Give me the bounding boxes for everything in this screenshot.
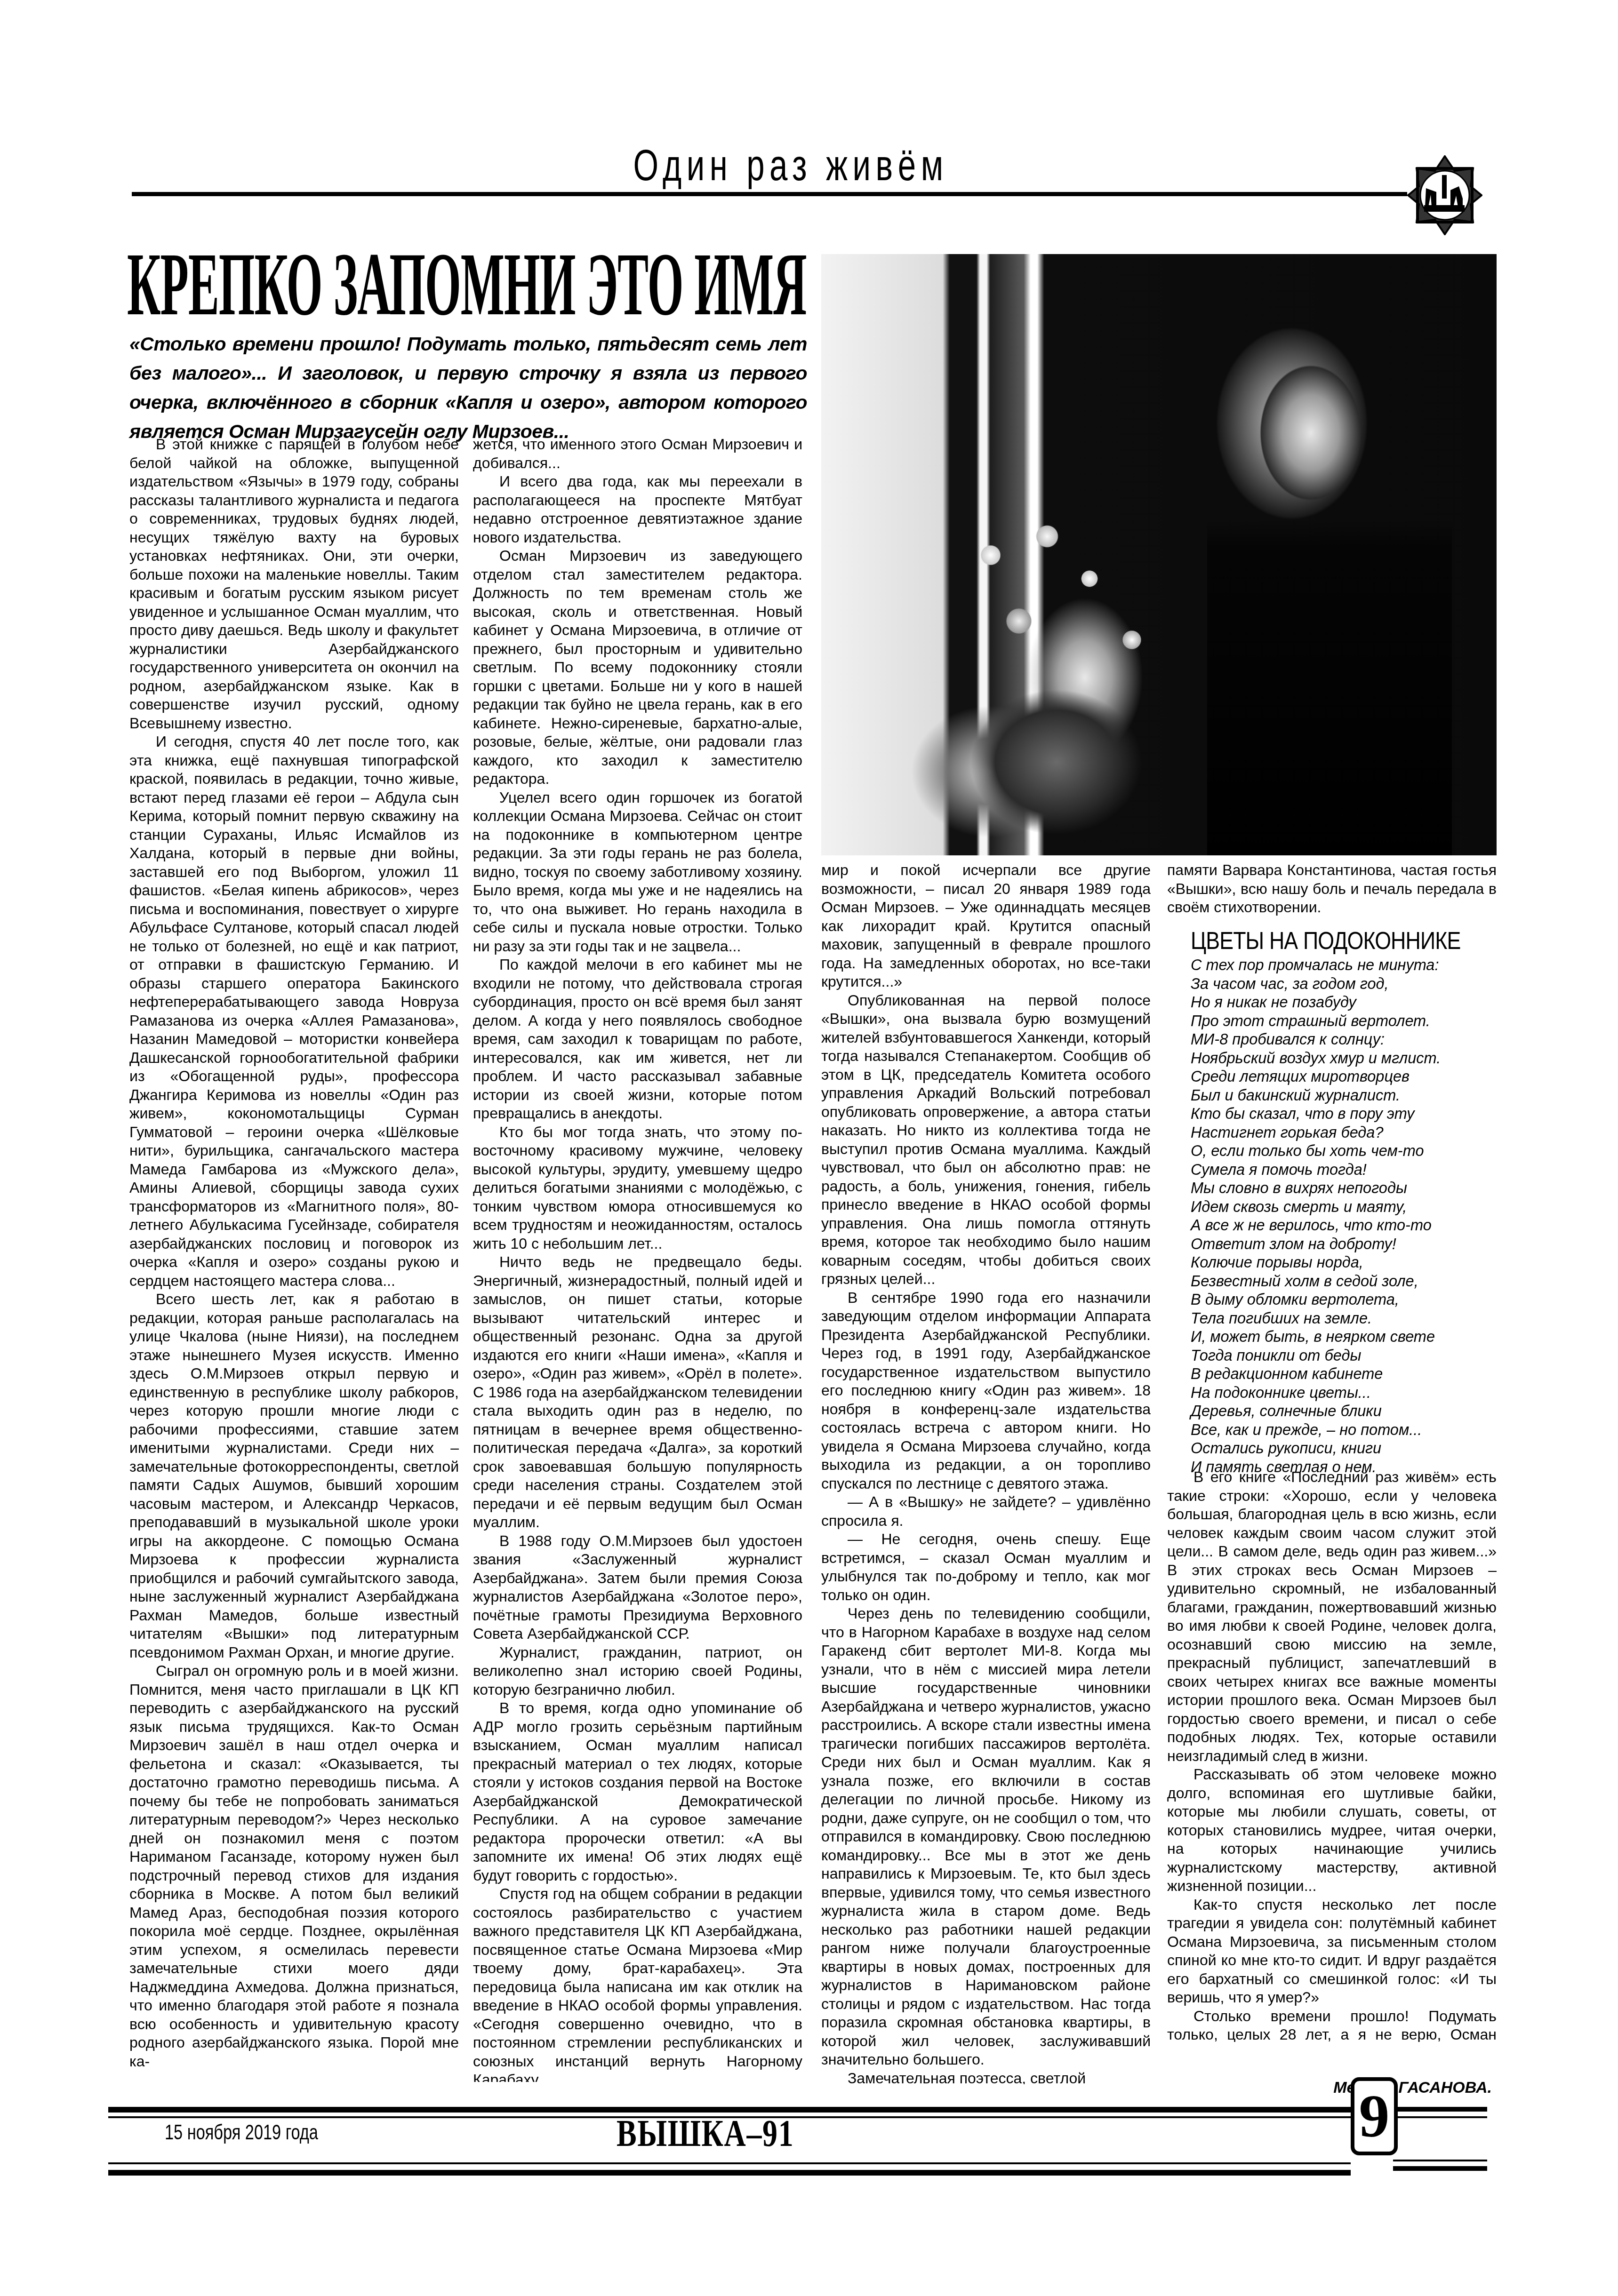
paragraph: Рассказывать об этом человеке можно долг… xyxy=(1167,1765,1497,1896)
poem-line: В дыму обломки вертолета, xyxy=(1191,1291,1492,1309)
paragraph: Как-то спустя несколько лет после трагед… xyxy=(1167,1896,1497,2007)
poem-line: С тех пор промчалась не минута: xyxy=(1191,956,1492,975)
footer-rule-right-bottom-thick xyxy=(1393,2166,1487,2171)
poem-line: Среди летящих миротворцев xyxy=(1191,1068,1492,1086)
footer-rule-right-thick xyxy=(1393,2107,1487,2112)
section-rubric: Один раз живём xyxy=(614,141,967,191)
article-column-4-intro: памяти Варвара Константинова, частая гос… xyxy=(1167,861,1497,917)
poem-line: Был и бакинский журналист. xyxy=(1191,1086,1492,1105)
paragraph: мир и покой исчерпали все другие возможн… xyxy=(821,861,1151,991)
poem-line: Мы словно в вихрях непогоды xyxy=(1191,1179,1492,1198)
article-column-4: В его книге «Последний раз живём» есть т… xyxy=(1167,1468,1497,2042)
paragraph: В этой книжке с парящей в голубом небе б… xyxy=(129,435,459,733)
paragraph: Кто бы мог тогда знать, что этому по-вос… xyxy=(473,1123,802,1253)
paragraph: Уцелел всего один горшочек из богатой ко… xyxy=(473,789,802,956)
paragraph: — А в «Вышку» не зайдете? – удивлённо сп… xyxy=(821,1493,1151,1530)
paragraph: Сыграл он огромную роль и в моей жизни. … xyxy=(129,1662,459,2071)
photo-flowers xyxy=(934,499,1198,847)
paragraph: Замечательная поэтесса, светлой xyxy=(821,2069,1151,2085)
article-column-3: мир и покой исчерпали все другие возможн… xyxy=(821,861,1151,2084)
footer-rule-top-thick xyxy=(108,2107,1351,2113)
poem-title: ЦВЕТЫ НА ПОДОКОННИКЕ xyxy=(1191,928,1450,954)
article-column-2: жется, что именного этого Осман Мирзоеви… xyxy=(473,435,802,2082)
footer-rule-right-thin xyxy=(1393,2116,1487,2118)
newspaper-masthead: ВЫШКА–91 xyxy=(617,2113,794,2155)
poem-line: Настигнет горькая беда? xyxy=(1191,1124,1492,1142)
page-number: 9 xyxy=(1351,2077,1398,2155)
poem-line: На подоконнике цветы... xyxy=(1191,1384,1492,1403)
footer-rule-bottom-thick xyxy=(108,2170,1351,2176)
poem-line: Сумела я помочь тогда! xyxy=(1191,1161,1492,1180)
paragraph: Журналист, гражданин, патриот, он велико… xyxy=(473,1643,802,1699)
poem-line: Все, как и прежде, – но потом... xyxy=(1191,1421,1492,1440)
poem-line: О, если только бы хоть чем-то xyxy=(1191,1142,1492,1161)
poem-line: МИ-8 пробивался к солнцу: xyxy=(1191,1030,1492,1049)
paragraph: Опубликованная на первой полосе «Вышки»,… xyxy=(821,991,1151,1289)
footer-rule-right-bottom-thin xyxy=(1393,2160,1487,2161)
paragraph: Спустя год на общем собрании в редакции … xyxy=(473,1885,802,2082)
author-signature: Медина ГАСАНОВА. xyxy=(1167,2079,1492,2097)
poem-line: Про этот страшный вертолет. xyxy=(1191,1012,1492,1031)
poem-line: А все ж не верилось, что кто-то xyxy=(1191,1216,1492,1235)
paragraph: В сентябре 1990 года его назначили завед… xyxy=(821,1289,1151,1493)
paragraph: Столько времени прошло! Подумать только,… xyxy=(1167,2007,1497,2042)
article-photo xyxy=(821,254,1497,855)
paragraph: Ничто ведь не предвещало беды. Энергичны… xyxy=(473,1253,802,1532)
paragraph: Осман Мирзоевич из заведующего отделом с… xyxy=(473,547,802,789)
poem-line: Безвестный холм в седой золе, xyxy=(1191,1272,1492,1291)
header-rule xyxy=(132,192,1407,196)
poem-line: Тела погибших на земле. xyxy=(1191,1309,1492,1328)
article-headline: КРЕПКО ЗАПОМНИ ЭТО ИМЯ xyxy=(127,245,482,325)
paragraph: Через день по телевидению сообщили, что … xyxy=(821,1604,1151,2069)
poem-line: И, может быть, в неярком свете xyxy=(1191,1328,1492,1347)
poem-line: Ноябрьский воздух хмур и мглист. xyxy=(1191,1049,1492,1068)
paragraph: В его книге «Последний раз живём» есть т… xyxy=(1167,1468,1497,1765)
paragraph: — Не сегодня, очень спешу. Еще встретимс… xyxy=(821,1530,1151,1604)
paragraph: И сегодня, спустя 40 лет после того, как… xyxy=(129,733,459,1290)
photo-portrait-figure xyxy=(1207,339,1452,855)
oil-derrick-emblem-icon xyxy=(1407,155,1482,235)
poem-line: Ответит злом на доброту! xyxy=(1191,1235,1492,1254)
poem-body: С тех пор промчалась не минута: За часом… xyxy=(1191,956,1492,1476)
poem-line: В редакционном кабинете xyxy=(1191,1365,1492,1384)
poem-line: Тогда поникли от беды xyxy=(1191,1347,1492,1365)
issue-date: 15 ноября 2019 года xyxy=(165,2121,318,2145)
paragraph: По каждой мелочи в его кабинет мы не вхо… xyxy=(473,956,802,1123)
poem-line: Кто бы сказал, что в пору эту xyxy=(1191,1105,1492,1124)
article-lead: «Столько времени прошло! Подумать только… xyxy=(129,329,807,446)
paragraph: жется, что именного этого Осман Мирзоеви… xyxy=(473,435,802,472)
article-column-1: В этой книжке с парящей в голубом небе б… xyxy=(129,435,459,2082)
paragraph: В то время, когда одно упоминание об АДР… xyxy=(473,1699,802,1885)
paragraph: И всего два года, как мы переехали в рас… xyxy=(473,472,802,547)
poem-line: За часом час, за годом год, xyxy=(1191,975,1492,994)
footer-rule-bottom-thin xyxy=(108,2162,1351,2164)
poem-line: Колючие порывы норда, xyxy=(1191,1253,1492,1272)
paragraph: Всего шесть лет, как я работаю в редакци… xyxy=(129,1290,459,1662)
poem-line: Остались рукописи, книги xyxy=(1191,1439,1492,1458)
paragraph: В 1988 году О.М.Мирзоев был удостоен зва… xyxy=(473,1532,802,1643)
poem-line: Идем сквозь смерть и маяту, xyxy=(1191,1198,1492,1217)
paragraph: памяти Варвара Константинова, частая гос… xyxy=(1167,861,1497,917)
poem-line: Но я никак не позабуду xyxy=(1191,993,1492,1012)
poem-line: Деревья, солнечные блики xyxy=(1191,1402,1492,1421)
